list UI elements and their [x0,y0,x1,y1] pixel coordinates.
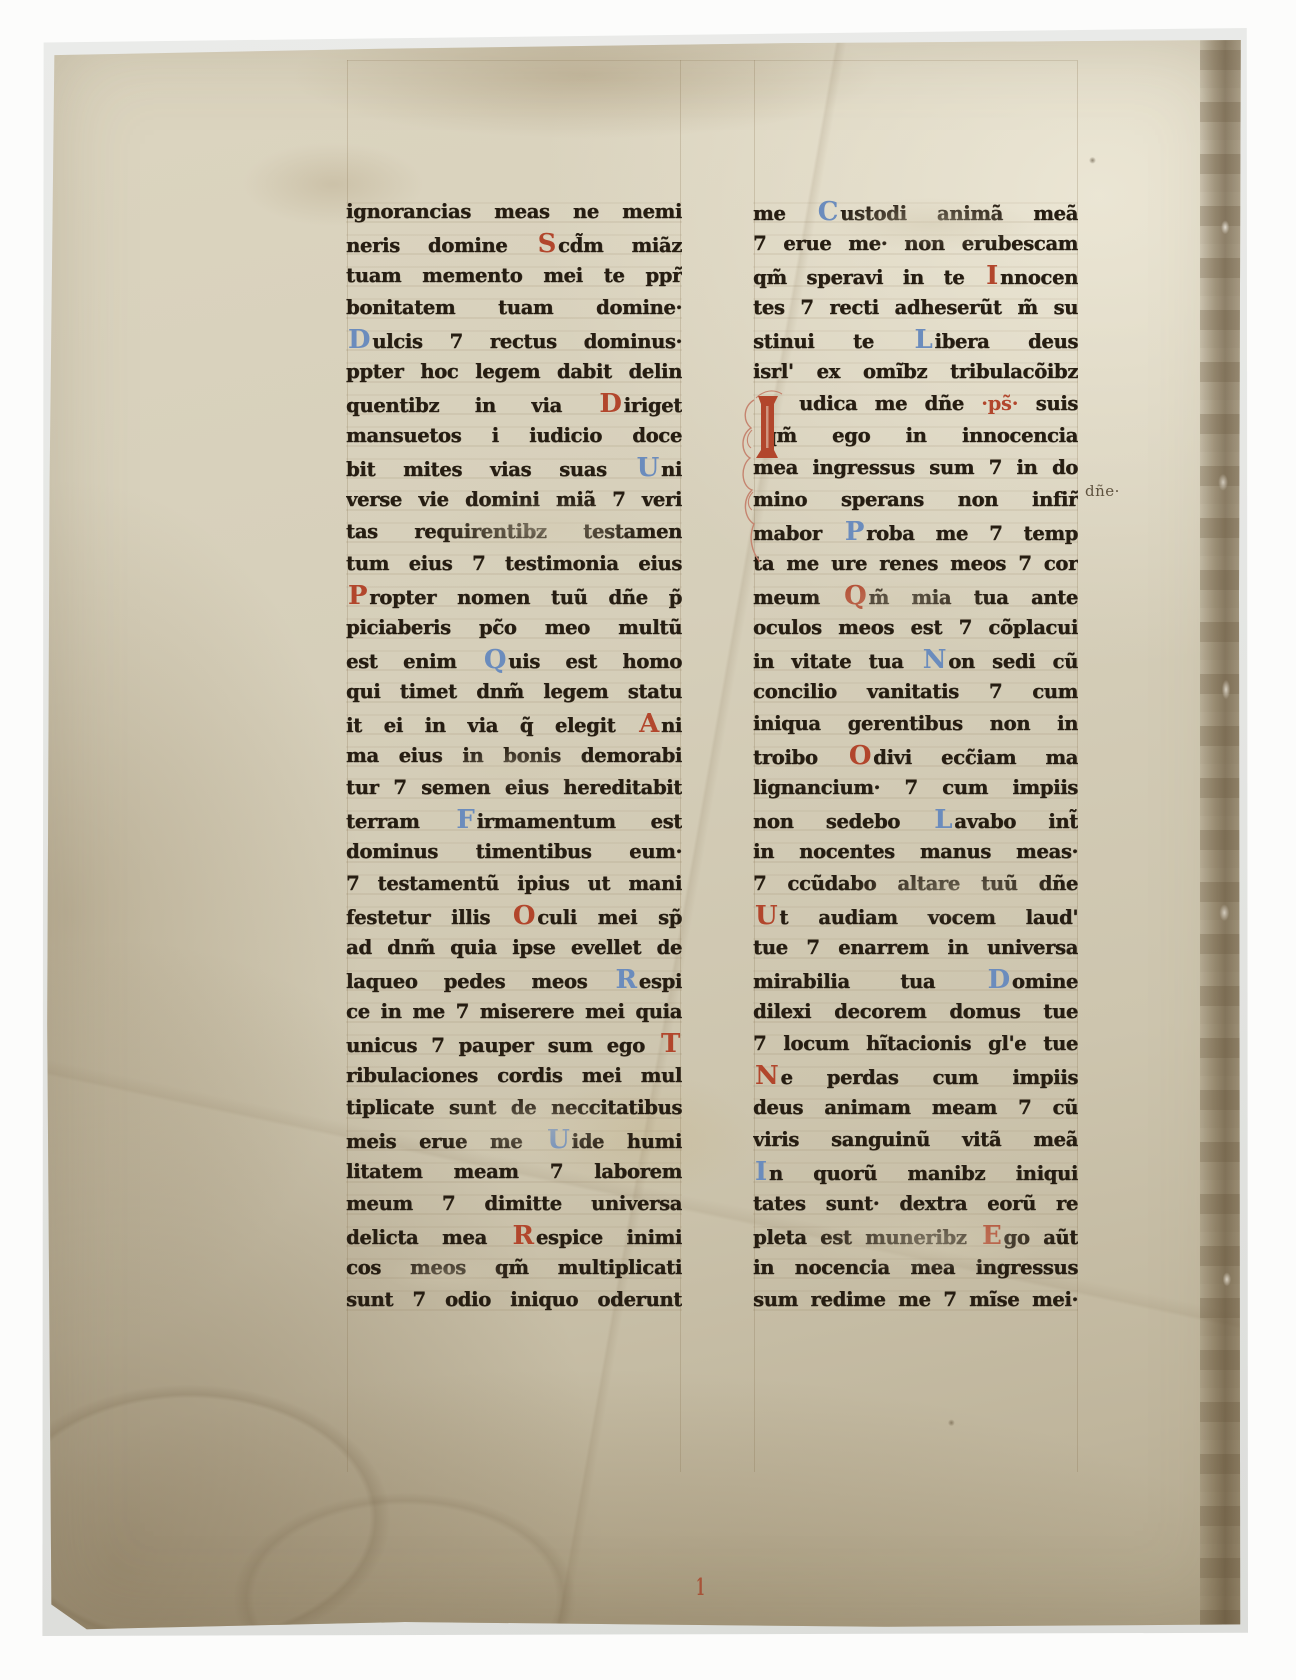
text-line: in nocencia mea ingressus [753,1252,1078,1284]
script-text: non sedebo [753,810,932,833]
script-text: laqueo pedes meos [346,970,613,993]
script-text: ibera deus [934,330,1078,353]
script-text: avabo int̃ [954,810,1078,833]
text-line: Propter nomen tuũ dñe p̃ [346,580,682,612]
script-text: troibo [753,746,847,769]
script-text: deus animam meam 7 cũ [753,1096,1078,1119]
script-text: ce in me 7 miserere mei quia [346,1000,682,1023]
text-line: tum eius 7 testimonia eius [346,548,682,580]
script-text: mirabilia tua [753,970,986,993]
text-line: litatem meam 7 laborem [346,1156,682,1188]
rubric: ·ps̃· [981,392,1018,415]
script-text: cos meos qm̃ multiplicati [346,1256,682,1279]
text-line: festetur illis Oculi mei sp̃ [346,900,682,932]
script-text: ulcis 7 rectus dominus· [372,330,682,353]
text-line: ppter hoc legem dabit delin [346,356,682,388]
text-line: tue 7 enarrem in universa [753,932,1078,964]
versal-initial: P [843,517,866,547]
text-line: mabor Proba me 7 temp [753,516,1078,548]
script-text: t audiam vocem laud' [779,906,1078,929]
script-text: ma eius in bonis demorabi [346,744,682,767]
text-line: troibo Odivi ecc̃iam ma [753,740,1078,772]
text-line: tuam memento mei te ppr̃ [346,260,682,292]
text-line: tes 7 recti adheserũt m̃ su [753,292,1078,324]
text-line: bit mites vias suas Uni [346,452,682,484]
script-text: culi mei sp̃ [537,906,682,929]
binding-edge [1200,36,1242,1630]
script-text: mabor [753,522,843,545]
script-text: dilexi decorem domus tue [753,1000,1078,1023]
script-text: ide humi [571,1130,682,1153]
versal-initial: Q [482,645,508,675]
text-line: meum Qm̃ mia tua ante [753,580,1078,612]
text-line: ta me ure renes meos 7 cor [753,548,1078,580]
text-line: oculos meos est 7 cõplacui [753,612,1078,644]
text-line: est enim Quis est homo [346,644,682,676]
text-line: in nocentes manus meas· [753,836,1078,868]
versal-initial: F [454,805,476,835]
script-text: mino sperans non infir̃ [753,488,1078,511]
text-line: cos meos qm̃ multiplicati [346,1252,682,1284]
script-text: lignancium· 7 cum impiis [753,776,1078,799]
script-text: concilio vanitatis 7 cum [753,680,1078,703]
text-line: tur 7 semen eius hereditabit [346,772,682,804]
text-line: it ei in via q̃ elegit Ani [346,708,682,740]
text-line: in vitate tua Non sedi cũ [753,644,1078,676]
text-line: meis erue me Uide humi [346,1124,682,1156]
text-column-left: ignorancias meas ne memineris domine Scd… [346,196,682,1318]
versal-initial: C [816,197,840,227]
script-text: meum [753,586,842,609]
script-text: mea ingressus sum 7 in do [753,456,1078,479]
script-text: qm̃ ego in innocencia [763,424,1078,447]
versal-initial: R [511,1221,536,1251]
text-line: ma eius in bonis demorabi [346,740,682,772]
script-text: omine [1012,970,1078,993]
text-line: bonitatem tuam domine· [346,292,682,324]
script-text: in nocentes manus meas· [753,840,1078,863]
text-line: udica me dñe ·ps̃· suis [753,388,1078,420]
script-text: festetur illis [346,906,511,929]
versal-initial: U [545,1125,571,1155]
text-line: iniqua gerentibus non in [753,708,1078,740]
script-text: tas requirentibz testamen [346,520,682,543]
text-line: meum 7 dimitte universa [346,1188,682,1220]
text-line: quentibz in via Diriget [346,388,682,420]
script-text: sunt 7 odio iniquo oderunt [346,1288,682,1311]
text-line: mino sperans non infir̃ [753,484,1078,516]
text-line: pleta est muneribz Ego aũt [753,1220,1078,1252]
marginal-note: dñe· [1085,482,1120,500]
text-line: ad dnm̃ quia ipse evellet de [346,932,682,964]
script-text: tue 7 enarrem in universa [753,936,1078,959]
text-line: deus animam meam 7 cũ [753,1092,1078,1124]
script-text: neris domine [346,234,536,257]
versal-initial: D [597,389,623,419]
script-text: ustodi animã meã [840,202,1078,225]
script-text: e perdas cum impiis [780,1066,1078,1089]
script-text: 7 ccũdabo altare tuũ dñe [753,872,1078,895]
script-text: unicus 7 pauper sum ego [346,1034,659,1057]
script-text: meis erue me [346,1130,545,1153]
script-text: iniqua gerentibus non in [753,712,1078,735]
script-text: irmamentum est [477,810,682,833]
script-text: piciaberis pc̃o meo multũ [346,616,682,639]
script-text: stinui te [753,330,913,353]
script-text: ni [661,458,682,481]
ruling-line-horizontal [347,60,1077,61]
script-text: in vitate tua [753,650,921,673]
text-line: 7 locum hĩtacionis gl'e tue [753,1028,1078,1060]
script-text: sum redime me 7 mĩse mei· [753,1288,1078,1311]
text-line: neris domine Scd̃m miãz [346,228,682,260]
script-text: ribulaciones cordis mei mul [346,1064,682,1087]
script-text: divi ecc̃iam ma [873,746,1078,769]
text-line: dominus timentibus eum· [346,836,682,868]
script-text: quentibz in via [346,394,597,417]
text-line: qm̃ speravi in te Innocen [753,260,1078,292]
manuscript-leaf: ignorancias meas ne memineris domine Scd… [46,36,1242,1630]
versal-initial: O [511,901,537,931]
script-text: bit mites vias suas [346,458,635,481]
script-text: ignorancias meas ne memi [346,200,682,223]
text-line: sunt 7 odio iniquo oderunt [346,1284,682,1316]
versal-initial: R [613,965,638,995]
script-text: uis est homo [508,650,682,673]
script-text: roba me 7 temp [866,522,1078,545]
text-line: dilexi decorem domus tue [753,996,1078,1028]
versal-initial: U [635,453,661,483]
versal-initial: T [659,1029,682,1059]
script-text: tuam memento mei te ppr̃ [346,264,682,287]
script-text: tates sunt· dextra eorũ re [753,1192,1078,1215]
text-line: 7 erue me· non erubescam [753,228,1078,260]
text-line: viris sanguinũ vitã meã [753,1124,1078,1156]
script-text: go aũt [1004,1226,1078,1249]
script-text: m̃ mia tua ante [869,586,1079,609]
text-line: 7 ccũdabo altare tuũ dñe [753,868,1078,900]
text-line: delicta mea Respice inimi [346,1220,682,1252]
text-line: unicus 7 pauper sum ego T [346,1028,682,1060]
folio-number: 1 [696,1574,705,1601]
versal-initial: S [536,229,558,259]
text-line: verse vie domini miã 7 veri [346,484,682,516]
text-line: 7 testamentũ ipius ut mani [346,868,682,900]
script-text: n quorũ manibz iniqui [769,1162,1078,1185]
script-text: tum eius 7 testimonia eius [346,552,682,575]
script-text: viris sanguinũ vitã meã [753,1128,1078,1151]
script-text: meum 7 dimitte universa [346,1192,682,1215]
versal-initial: Q [842,581,868,611]
versal-initial: L [932,805,954,835]
script-text: tiplicate sunt de neccitatibus [346,1096,682,1119]
text-line: isrl' ex omĩbz tribulacõibz [753,356,1078,388]
script-text: terram [346,810,454,833]
versal-initial: N [753,1061,780,1091]
script-text: bonitatem tuam domine· [346,296,682,319]
script-text: oculos meos est 7 cõplacui [753,616,1078,639]
versal-initial: D [346,325,372,355]
text-column-right: me Custodi animã meã7 erue me· non erube… [753,196,1078,1318]
text-line: qm̃ ego in innocencia [753,420,1078,452]
script-text: in nocencia mea ingressus [753,1256,1078,1279]
script-text: on sedi cũ [948,650,1078,673]
versal-initial: P [346,581,369,611]
text-line: tas requirentibz testamen [346,516,682,548]
text-line: Ut audiam vocem laud' [753,900,1078,932]
text-line: ce in me 7 miserere mei quia [346,996,682,1028]
script-text: suis [1018,392,1078,415]
script-text: ppter hoc legem dabit delin [346,360,682,383]
script-text: dominus timentibus eum· [346,840,682,863]
script-text: nnocen [1000,266,1078,289]
script-text: iriget [624,394,682,417]
text-line: piciaberis pc̃o meo multũ [346,612,682,644]
versal-initial: I [984,261,1000,291]
text-line: lignancium· 7 cum impiis [753,772,1078,804]
text-line: tiplicate sunt de neccitatibus [346,1092,682,1124]
script-text: 7 erue me· non erubescam [753,232,1078,255]
text-line: tates sunt· dextra eorũ re [753,1188,1078,1220]
script-text: espi [639,970,682,993]
script-text: ni [661,714,682,737]
script-text: espice inimi [536,1226,682,1249]
text-line: laqueo pedes meos Respi [346,964,682,996]
script-text: qm̃ speravi in te [753,266,984,289]
script-text: isrl' ex omĩbz tribulacõibz [753,360,1078,383]
versal-initial: D [986,965,1012,995]
script-text: litatem meam 7 laborem [346,1160,682,1183]
text-line: terram Firmamentum est [346,804,682,836]
versal-initial: L [913,325,935,355]
script-text: 7 locum hĩtacionis gl'e tue [753,1032,1078,1055]
script-text: qui timet dnm̃ legem statu [346,680,682,703]
versal-initial: U [753,901,779,931]
versal-initial: A [637,709,661,739]
versal-initial: I [753,1157,769,1187]
text-line: ignorancias meas ne memi [346,196,682,228]
script-text: udica me dñe [799,392,981,415]
text-line: Ne perdas cum impiis [753,1060,1078,1092]
script-text: ad dnm̃ quia ipse evellet de [346,936,682,959]
script-text: tes 7 recti adheserũt m̃ su [753,296,1078,319]
versal-initial: N [921,645,948,675]
script-text: cd̃m miãz [558,234,682,257]
script-text: pleta est muneribz [753,1226,980,1249]
script-text: verse vie domini miã 7 veri [346,488,682,511]
text-line: me Custodi animã meã [753,196,1078,228]
text-line: qui timet dnm̃ legem statu [346,676,682,708]
text-line: Dulcis 7 rectus dominus· [346,324,682,356]
script-text: it ei in via q̃ elegit [346,714,637,737]
script-text: est enim [346,650,482,673]
script-text: tur 7 semen eius hereditabit [346,776,682,799]
script-text: me [753,202,816,225]
text-line: mirabilia tua Domine [753,964,1078,996]
text-line: non sedebo Lavabo int̃ [753,804,1078,836]
text-line: mea ingressus sum 7 in do [753,452,1078,484]
text-line: ribulaciones cordis mei mul [346,1060,682,1092]
text-line: In quorũ manibz iniqui [753,1156,1078,1188]
text-line: mansuetos i iudicio doce [346,420,682,452]
script-text: 7 testamentũ ipius ut mani [346,872,682,895]
versal-initial: E [980,1221,1004,1251]
versal-initial: O [847,741,873,771]
text-line: stinui te Libera deus [753,324,1078,356]
script-text: ropter nomen tuũ dñe p̃ [369,586,682,609]
script-text: mansuetos i iudicio doce [346,424,682,447]
script-text: ta me ure renes meos 7 cor [753,552,1078,575]
text-line: sum redime me 7 mĩse mei· [753,1284,1078,1316]
script-text: delicta mea [346,1226,511,1249]
text-line: concilio vanitatis 7 cum [753,676,1078,708]
